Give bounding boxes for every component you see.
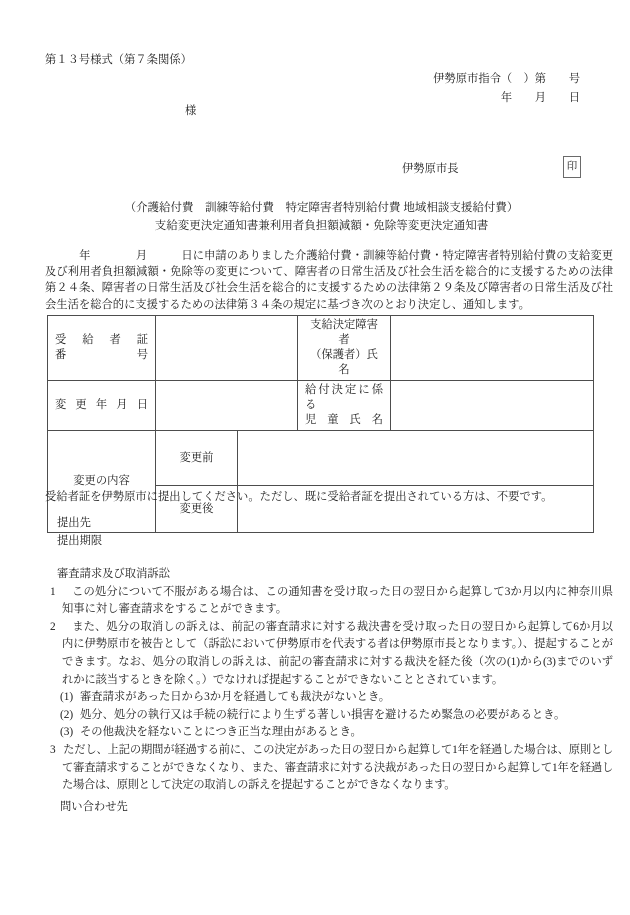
subitem-text: 処分、処分の執行又は手続の続行により生ずる著しい損害を避けるため緊急の必要がある… (80, 709, 565, 721)
child-name-label: 給付決定に係る 児童氏名 (298, 381, 391, 431)
appeal-item-1: 1この処分について不服がある場合は、この通知書を受け取った日の翌日から起算して3… (50, 584, 613, 619)
appeal-heading: 審査請求及び取消訴訟 (50, 566, 613, 584)
item-number: 1 (50, 584, 72, 602)
issue-date-line: 年 月 日 (200, 90, 580, 106)
grantee-name-label: 支給決定障害者 （保護者）氏名 (298, 316, 391, 381)
decision-table-upper: 受給者証 番号 支給決定障害者 （保護者）氏名 変更年月日 給付決定に係る 児童… (47, 315, 594, 431)
appeal-section: 審査請求及び取消訴訟 1この処分について不服がある場合は、この通知書を受け取った… (50, 566, 613, 795)
directive-number-line: 伊勢原市指令（ ）第 号 (200, 71, 580, 87)
table-row: 受給者証 番号 支給決定障害者 （保護者）氏名 (48, 316, 594, 381)
subitem-text: その他裁決を経ないことにつき正当な理由があるとき。 (80, 726, 362, 738)
item-number: 2 (50, 619, 72, 637)
document-title-block: （介護給付費 訓練等給付費 特定障害者特別給付費 地域相談支援給付費） 支給変更… (30, 199, 613, 235)
recipient-cert-number-field (156, 316, 298, 381)
grantee-name-field (391, 316, 594, 381)
sender-title: 伊勢原市長 (402, 161, 459, 177)
appeal-item-3: 3ただし、上記の期間が経過する前に、この決定があった日の翌日から起算して1年を経… (50, 742, 613, 795)
child-name-field (391, 381, 594, 431)
form-number: 第１３号様式（第７条関係） (45, 52, 192, 68)
seal-stamp-box: 印 (563, 156, 581, 178)
document-title-line2: 支給変更決定通知書兼利用者負担額減額・免除等変更決定通知書 (30, 217, 613, 235)
contact-label: 問い合わせ先 (60, 799, 128, 815)
appeal-subitem-3: (3)その他裁決を経ないことにつき正当な理由があるとき。 (50, 724, 613, 742)
subitem-number: (1) (60, 689, 80, 707)
recipient-cert-return-note: 受給者証を伊勢原市に提出してください。ただし、既に受給者証を提出されている方は、… (45, 489, 613, 505)
seal-icon: 印 (567, 162, 578, 173)
submission-info-block: 提出先 提出期限 (57, 515, 102, 551)
submit-to-label: 提出先 (57, 515, 102, 533)
appeal-subitem-2: (2)処分、処分の執行又は手続の続行により生ずる著しい損害を避けるため緊急の必要… (50, 707, 613, 725)
item-text: また、処分の取消しの訴えは、前記の審査請求に対する裁決書を受け取った日の翌日から… (62, 621, 613, 686)
subitem-number: (3) (60, 724, 80, 742)
change-date-field (156, 381, 298, 431)
appeal-subitem-1: (1)審査請求があった日から3か月を経過しても裁決がないとき。 (50, 689, 613, 707)
item-text: ただし、上記の期間が経過する前に、この決定があった日の翌日から起算して1年を経過… (62, 744, 613, 791)
before-change-label: 変更前 (156, 431, 238, 486)
notice-document-page: 第１３号様式（第７条関係） 伊勢原市指令（ ）第 号 年 月 日 様 伊勢原市長… (0, 0, 630, 915)
subitem-number: (2) (60, 707, 80, 725)
decision-table-lower: 変更の内容 変更前 変更後 (47, 430, 594, 533)
before-change-field (238, 431, 594, 486)
appeal-item-2: 2また、処分の取消しの訴えは、前記の審査請求に対する裁決書を受け取った日の翌日か… (50, 619, 613, 689)
deadline-label: 提出期限 (57, 533, 102, 551)
table-row: 変更の内容 変更前 (48, 431, 594, 486)
change-date-label: 変更年月日 (48, 381, 156, 431)
subitem-text: 審査請求があった日から3か月を経過しても裁決がないとき。 (80, 691, 390, 703)
item-text: この処分について不服がある場合は、この通知書を受け取った日の翌日から起算して3か… (62, 586, 613, 616)
item-number: 3 (50, 742, 63, 760)
document-title-line1: （介護給付費 訓練等給付費 特定障害者特別給付費 地域相談支援給付費） (30, 199, 613, 217)
recipient-cert-number-label: 受給者証 番号 (48, 316, 156, 381)
table-row: 変更年月日 給付決定に係る 児童氏名 (48, 381, 594, 431)
addressee-honorific: 様 (185, 103, 196, 119)
intro-paragraph: 年 月 日に申請のありました介護給付費・訓練等給付費・特定障害者特別給付費の支給… (45, 248, 613, 313)
